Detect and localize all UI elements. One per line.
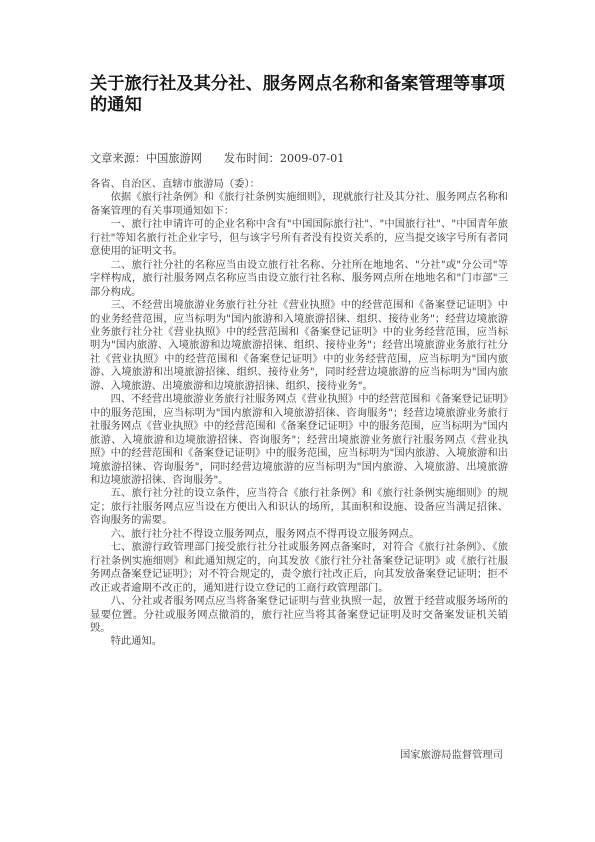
paragraph-3: 三、不经营出境旅游业务旅行社分社《营业执照》中的经营范围和《备案登记证明》中的业… (90, 299, 508, 393)
paragraph-7: 七、旅游行政管理部门接受旅行社分社或服务网点备案时，对符合《旅行社条例》、《旅行… (90, 541, 508, 595)
paragraph-5: 五、旅行社分社的设立条件，应当符合《旅行社条例》和《旅行社条例实施细则》的规定；… (90, 487, 508, 527)
date-label: 发布时间： (224, 152, 280, 165)
document-body: 各省、自治区、直辖市旅游局（委）： 依据《旅行社条例》和《旅行社条例实施细则》，… (90, 178, 508, 649)
article-meta: 文章来源：中国旅游网发布时间：2009-07-01 (90, 150, 344, 166)
source-label: 文章来源： (90, 152, 146, 165)
paragraph-4: 四、不经营出境旅游业务旅行社服务网点《营业执照》中的经营范围和《备案登记证明》中… (90, 393, 508, 487)
date-value: 2009-07-01 (280, 152, 345, 165)
paragraph-intro: 依据《旅行社条例》和《旅行社条例实施细则》，现就旅行社及其分社、服务网点名称和备… (90, 191, 508, 218)
document-title: 关于旅行社及其分社、服务网点名称和备案管理等事项的通知 (90, 74, 510, 115)
paragraph-6: 六、旅行社分社不得设立服务网点，服务网点不得再设立服务网点。 (90, 528, 508, 541)
closing: 特此通知。 (90, 635, 508, 648)
paragraph-1: 一、旅行社申请许可的企业名称中含有"中国国际旅行社"、"中国旅行社"、"中国青年… (90, 218, 508, 258)
signature: 国家旅游局监督管理司 (400, 746, 503, 761)
paragraph-8: 八、分社或者服务网点应当将备案登记证明与营业执照一起，放置于经营或服务场所的显要… (90, 595, 508, 635)
salutation: 各省、自治区、直辖市旅游局（委）： (90, 178, 508, 191)
paragraph-2: 二、旅行社分社的名称应当由设立旅行社名称、分社所在地地名、"分社"或"分公司"等… (90, 259, 508, 299)
source-value: 中国旅游网 (146, 152, 202, 165)
